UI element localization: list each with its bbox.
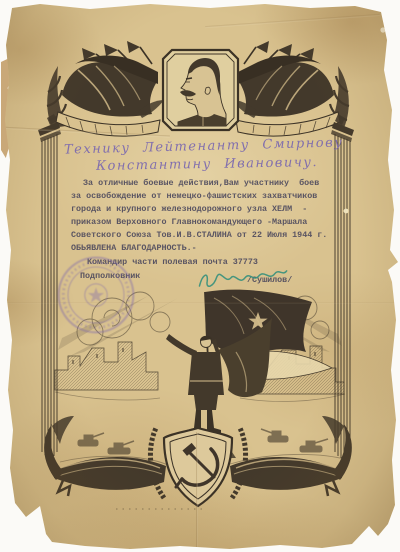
citation-line: За отличные боевые действия,Вам участник… xyxy=(71,177,339,190)
stalin-portrait-icon xyxy=(163,50,238,130)
round-stamp-icon xyxy=(54,253,138,337)
citation-line: за освобождение от немецко-фашистских за… xyxy=(71,190,339,203)
banner-group-icon xyxy=(47,41,164,136)
citation-line: приказом Верховного Главнокомандующего -… xyxy=(71,216,339,229)
paper-chip xyxy=(344,209,349,214)
certificate-page: Технику Лейтенанту Смирнову Константину … xyxy=(0,0,400,552)
paper-chip xyxy=(380,27,385,32)
citation-line: Советского Союза Тов.И.В.СТАЛИНА от 22 И… xyxy=(71,229,339,242)
citation-text: За отличные боевые действия,Вам участник… xyxy=(71,177,339,254)
citation-line: города и крупного железнодорожного узла … xyxy=(71,203,339,216)
scan-background: Технику Лейтенанту Смирнову Константину … xyxy=(0,0,400,552)
